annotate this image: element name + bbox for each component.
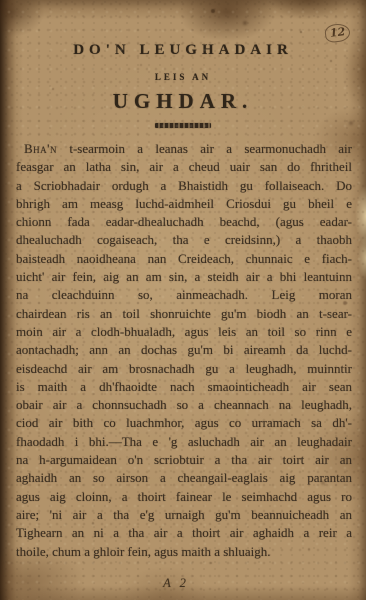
body-text-line: baisteadh naoidheana nan Creideach, chun… — [16, 250, 352, 268]
title-block: DO'N LEUGHADAIR LEIS AN UGHDAR. — [0, 0, 366, 128]
body-text-line: aghaidh an so airson a cheangail-eaglais… — [16, 469, 352, 487]
body-text-line: obair air a chonnsuchadh so a cheannach … — [16, 396, 352, 414]
body-text-line: moin air a clodh-bhualadh, agus leis an … — [16, 323, 352, 341]
body-lines: feasgar an latha sin, air a cheud uair s… — [16, 158, 352, 561]
body-text-line: na cleachduinn so, ainmeachadh. Leig mor… — [16, 286, 352, 304]
body-text-line: agus aig cloinn, a thoirt fainear le sei… — [16, 488, 352, 506]
ornamental-rule — [155, 123, 211, 128]
body-text-line: is maith a dh'fhaoidte nach smaointichea… — [16, 378, 352, 396]
body-text-line: Tighearn an ni a tha air a thoirt air ag… — [16, 524, 352, 542]
book-page: 12 DO'N LEUGHADAIR LEIS AN UGHDAR. Bha'n… — [0, 0, 366, 600]
paper-stains — [0, 0, 2, 2]
first-line-rest: t-searmoin a leanas air a searmonuchadh … — [69, 141, 352, 156]
page-title: DO'N LEUGHADAIR — [0, 42, 366, 59]
body-text-line: bhrigh am measg luchd-aidmheil Criosdui … — [16, 195, 352, 213]
page-subtitle: LEIS AN — [0, 72, 366, 82]
body-text-line: eisdeachd air am brosnachadh gu a leugha… — [16, 360, 352, 378]
body-text-line: dhealuchadh cogaiseach, tha e creidsinn,… — [16, 231, 352, 249]
body-text-line: thoile, chum a ghloir fein, agus maith a… — [16, 543, 352, 561]
page-title-author: UGHDAR. — [0, 89, 366, 114]
body-text-line: ciod air bith co luachmhor, agus co urra… — [16, 414, 352, 432]
body-text-line: Bha'n t-searmoin a leanas air a searmonu… — [16, 140, 352, 158]
page-content: DO'N LEUGHADAIR LEIS AN UGHDAR. Bha'n t-… — [0, 0, 366, 561]
body-text-line: chionn fada eadar-dhealuchadh beachd, (a… — [16, 213, 352, 231]
body-text-line: chairdean ris an toil shonruichte gu'm b… — [16, 305, 352, 323]
body-text-line: aontachadh; ann an dochas gu'm bi aiream… — [16, 341, 352, 359]
body-text-line: na h-argumaidean o'n scriobtuir a tha ai… — [16, 451, 352, 469]
body-text-line: feasgar an latha sin, air a cheud uair s… — [16, 158, 352, 176]
body-text: Bha'n t-searmoin a leanas air a searmonu… — [0, 140, 366, 561]
body-text-line: a Scriobhadair ordugh a Bhaistidh gu fol… — [16, 177, 352, 195]
body-text-line: uicht' air fein, aig an am sin, a steidh… — [16, 268, 352, 286]
signature-mark: A 2 — [0, 576, 352, 591]
lead-word: Bha'n — [24, 141, 57, 156]
body-text-line: aire; 'ni air a tha e'g urnaigh gu'm bea… — [16, 506, 352, 524]
body-text-line: fhaodadh i bhi.—Tha e 'g asluchadh air a… — [16, 433, 352, 451]
